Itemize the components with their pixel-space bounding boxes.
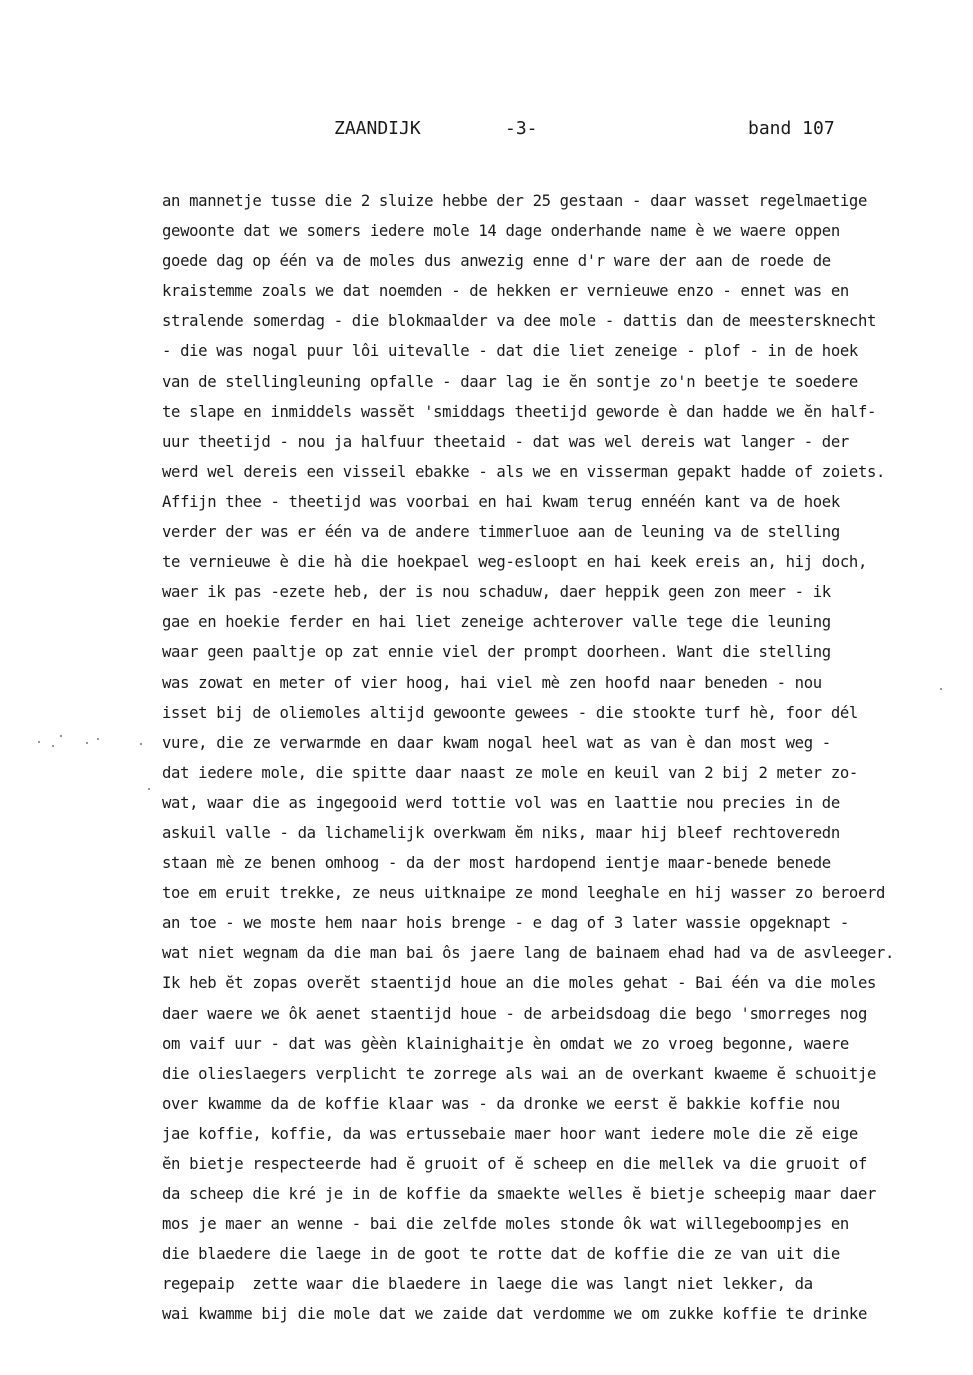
text-line: Affijn thee - theetijd was voorbai en ha…: [162, 487, 972, 517]
text-line: wat niet wegnam da die man bai ôs jaere …: [162, 938, 972, 968]
text-line: vure, die ze verwarmde en daar kwam noga…: [162, 728, 972, 758]
text-line: die olieslaegers verplicht te zorrege al…: [162, 1059, 972, 1089]
text-line: die blaedere die laege in de goot te rot…: [162, 1239, 972, 1269]
header-page-number: -3-: [505, 118, 538, 139]
text-line: wai kwamme bij die mole dat we zaide dat…: [162, 1299, 972, 1329]
text-line: van de stellingleuning opfalle - daar la…: [162, 367, 972, 397]
text-line: an toe - we moste hem naar hois brenge -…: [162, 908, 972, 938]
header-place: ZAANDIJK: [334, 118, 421, 139]
text-line: daer waere we ôk aenet staentijd houe - …: [162, 999, 972, 1029]
text-line: jae koffie, koffie, da was ertussebaie m…: [162, 1119, 972, 1149]
scan-speck: [52, 745, 54, 747]
text-line: toe em eruit trekke, ze neus uitknaipe z…: [162, 878, 972, 908]
text-line: te vernieuwe è die hà die hoekpael weg-e…: [162, 547, 972, 577]
document-page: ZAANDIJK -3- band 107 an mannetje tusse …: [0, 0, 973, 1375]
scan-speck: [86, 742, 88, 744]
text-line: ĕn bietje respecteerde had ĕ gruoit of ĕ…: [162, 1149, 972, 1179]
text-line: Ik heb ĕt zopas overĕt staentijd houe an…: [162, 968, 972, 998]
text-line: werd wel dereis een visseil ebakke - als…: [162, 457, 972, 487]
scan-speck: [140, 743, 142, 745]
text-line: askuil valle - da lichamelijk overkwam ĕ…: [162, 818, 972, 848]
text-line: gae en hoekie ferder en hai liet zeneige…: [162, 607, 972, 637]
page-header: ZAANDIJK -3- band 107: [0, 118, 973, 142]
scan-speck: [97, 738, 99, 740]
text-line: wat, waar die as ingegooid werd tottie v…: [162, 788, 972, 818]
text-line: gewoonte dat we somers iedere mole 14 da…: [162, 216, 972, 246]
scan-speck: [38, 741, 40, 743]
text-line: dat iedere mole, die spitte daar naast z…: [162, 758, 972, 788]
scan-speck: [940, 688, 942, 690]
text-line: kraistemme zoals we dat noemden - de hek…: [162, 276, 972, 306]
text-line: stralende somerdag - die blokmaalder va …: [162, 306, 972, 336]
text-line: an mannetje tusse die 2 sluize hebbe der…: [162, 186, 972, 216]
text-line: da scheep die kré je in de koffie da sma…: [162, 1179, 972, 1209]
scan-speck: [60, 735, 62, 737]
text-line: waer ik pas -ezete heb, der is nou schad…: [162, 577, 972, 607]
text-line: regepaip zette waar die blaedere in laeg…: [162, 1269, 972, 1299]
text-line: verder der was er één va de andere timme…: [162, 517, 972, 547]
text-line: te slape en inmiddels wassĕt 'smiddags t…: [162, 397, 972, 427]
scan-speck: [148, 788, 150, 790]
text-line: over kwamme da de koffie klaar was - da …: [162, 1089, 972, 1119]
text-line: mos je maer an wenne - bai die zelfde mo…: [162, 1209, 972, 1239]
text-line: uur theetijd - nou ja halfuur theetaid -…: [162, 427, 972, 457]
transcript-body: an mannetje tusse die 2 sluize hebbe der…: [162, 186, 972, 1330]
text-line: - die was nogal puur lôi uitevalle - dat…: [162, 336, 972, 366]
text-line: waar geen paaltje op zat ennie viel der …: [162, 637, 972, 667]
text-line: was zowat en meter of vier hoog, hai vie…: [162, 668, 972, 698]
text-line: staan mè ze benen omhoog - da der most h…: [162, 848, 972, 878]
text-line: goede dag op één va de moles dus anwezig…: [162, 246, 972, 276]
text-line: isset bij de oliemoles altijd gewoonte g…: [162, 698, 972, 728]
text-line: om vaif uur - dat was gèèn klainighaitje…: [162, 1029, 972, 1059]
header-band: band 107: [748, 118, 835, 139]
